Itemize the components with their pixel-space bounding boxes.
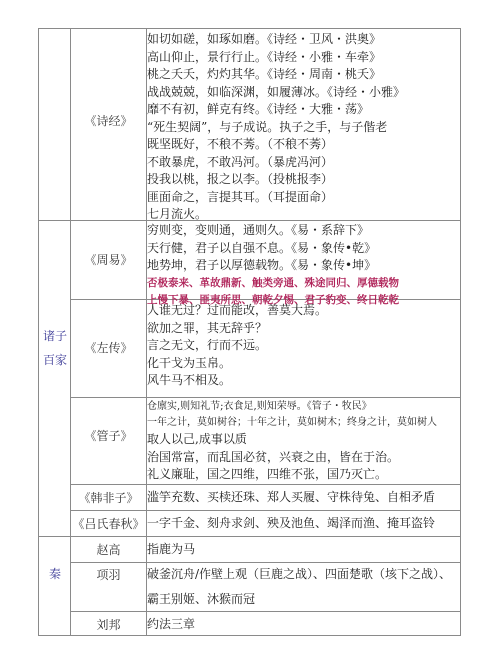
row-divider bbox=[71, 397, 460, 398]
row-content-shijing: 如切如磋，如琢如磨。《诗经・卫风・洪奥》 高山仰止，景行行止。《诗经・小雅・车牵… bbox=[147, 31, 459, 224]
idiom-line: 指鹿为马 bbox=[147, 541, 459, 559]
quote-line: 地势坤，君子以厚德载物。《易・象传•坤》 bbox=[147, 257, 459, 275]
highlight-idioms: 否极泰来、革故鼎新、触类旁通、殊途同归、厚德载物 bbox=[147, 275, 459, 293]
quote-line: 化干戈为玉帛。 bbox=[147, 355, 459, 373]
idiom-line: 一字千金、刻舟求剑、殃及池鱼、竭泽而渔、掩耳盗铃 bbox=[147, 515, 459, 533]
quote-line: 风牛马不相及。 bbox=[147, 372, 459, 390]
category-qin: 秦 bbox=[39, 562, 71, 586]
row-content-lvshichunqiu: 一字千金、刻舟求剑、殃及池鱼、竭泽而渔、掩耳盗铃 bbox=[147, 515, 459, 533]
row-name-shijing: 《诗经》 bbox=[71, 112, 146, 129]
quote-line: 靡不有初，鲜克有终。《诗经・大雅・荡》 bbox=[147, 101, 459, 119]
quote-line: 不敢暴虎，不敢冯河。（暴虎冯河） bbox=[147, 154, 459, 172]
row-name-zuozhuan: 《左传》 bbox=[71, 339, 146, 356]
quote-line: 穷则变，变则通，通则久。《易・系辞下》 bbox=[147, 222, 459, 240]
quote-line: 匪面命之，言提其耳。（耳提面命） bbox=[147, 189, 459, 207]
quote-line: 治国常富，而乱国必贫，兴衰之由，皆在于治。 bbox=[147, 449, 459, 467]
quote-line: 既坚既好，不稂不莠。（不稂不莠） bbox=[147, 136, 459, 154]
row-content-zhouyi: 穷则变，变则通，通则久。《易・系辞下》 天行健，君子以自强不息。《易・象传•乾》… bbox=[147, 222, 459, 310]
quote-line: 天行健，君子以自强不息。《易・象传•乾》 bbox=[147, 240, 459, 258]
category-label: 百家 bbox=[39, 348, 71, 372]
row-name-zhouyi: 《周易》 bbox=[71, 251, 146, 268]
row-name-liubang: 刘邦 bbox=[71, 616, 146, 633]
quote-line: 言之无文，行而不远。 bbox=[147, 337, 459, 355]
category-label: 诸子 bbox=[39, 324, 71, 348]
row-name-lvshichunqiu: 《吕氏春秋》 bbox=[71, 515, 146, 532]
quote-line: 取人以己,成事以质 bbox=[147, 431, 459, 449]
quote-line: 桃之夭夭，灼灼其华。《诗经・周南・桃夭》 bbox=[147, 66, 459, 84]
row-name-zhaogao: 赵高 bbox=[71, 541, 146, 558]
quote-line: 人谁无过？过而能改，善莫大焉。 bbox=[147, 302, 459, 320]
idiom-line: 滥竽充数、买椟还珠、郑人买履、守株待兔、自相矛盾 bbox=[147, 489, 459, 507]
row-name-guanzi: 《管子》 bbox=[71, 427, 146, 444]
row-divider bbox=[71, 510, 460, 511]
idiom-line: 约法三章 bbox=[147, 616, 459, 634]
row-content-hanfeizi: 滥竽充数、买椟还珠、郑人买履、守株待兔、自相矛盾 bbox=[147, 489, 459, 507]
row-name-xiangyu: 项羽 bbox=[71, 566, 146, 583]
quote-line: 七月流火。 bbox=[147, 206, 459, 224]
quote-line: 礼义廉耻，国之四维，四维不张，国乃灭亡。 bbox=[147, 466, 459, 484]
row-divider bbox=[71, 484, 460, 485]
section-divider bbox=[39, 536, 460, 537]
row-content-guanzi: 仓廪实,则知礼节;衣食足,则知荣辱。《管子・牧民》 一年之计，莫如树谷；十年之计… bbox=[147, 399, 459, 484]
row-content-zuozhuan: 人谁无过？过而能改，善莫大焉。 欲加之罪，其无辞乎？ 言之无文，行而不远。 化干… bbox=[147, 302, 459, 390]
quote-line: 高山仰止，景行行止。《诗经・小雅・车牵》 bbox=[147, 49, 459, 67]
idiom-table: 《诗经》 如切如磋，如琢如磨。《诗经・卫风・洪奥》 高山仰止，景行行止。《诗经・… bbox=[38, 28, 461, 636]
quote-line: 战战兢兢，如临深渊，如履薄冰。《诗经・小雅》 bbox=[147, 84, 459, 102]
quote-line: 如切如磋，如琢如磨。《诗经・卫风・洪奥》 bbox=[147, 31, 459, 49]
quote-line: 仓廪实,则知礼节;衣食足,则知荣辱。《管子・牧民》 bbox=[147, 399, 459, 415]
quote-line: 一年之计，莫如树谷；十年之计，莫如树木；终身之计，莫如树人 bbox=[147, 415, 459, 431]
quote-line: 投我以桃，报之以李。（投桃报李） bbox=[147, 171, 459, 189]
row-content-liubang: 约法三章 bbox=[147, 616, 459, 634]
row-content-zhaogao: 指鹿为马 bbox=[147, 541, 459, 559]
row-name-hanfeizi: 《韩非子》 bbox=[71, 489, 146, 506]
category-zhuzi-baijia: 诸子 百家 bbox=[39, 324, 71, 372]
row-content-xiangyu: 破釜沉舟/作壁上观（巨鹿之战）、四面楚歌（垓下之战）、霸王别姬、沐猴而冠 bbox=[147, 562, 459, 612]
quote-line: “死生契阔”，与子成说。执子之手，与子偕老 bbox=[147, 119, 459, 137]
quote-line: 欲加之罪，其无辞乎？ bbox=[147, 320, 459, 338]
